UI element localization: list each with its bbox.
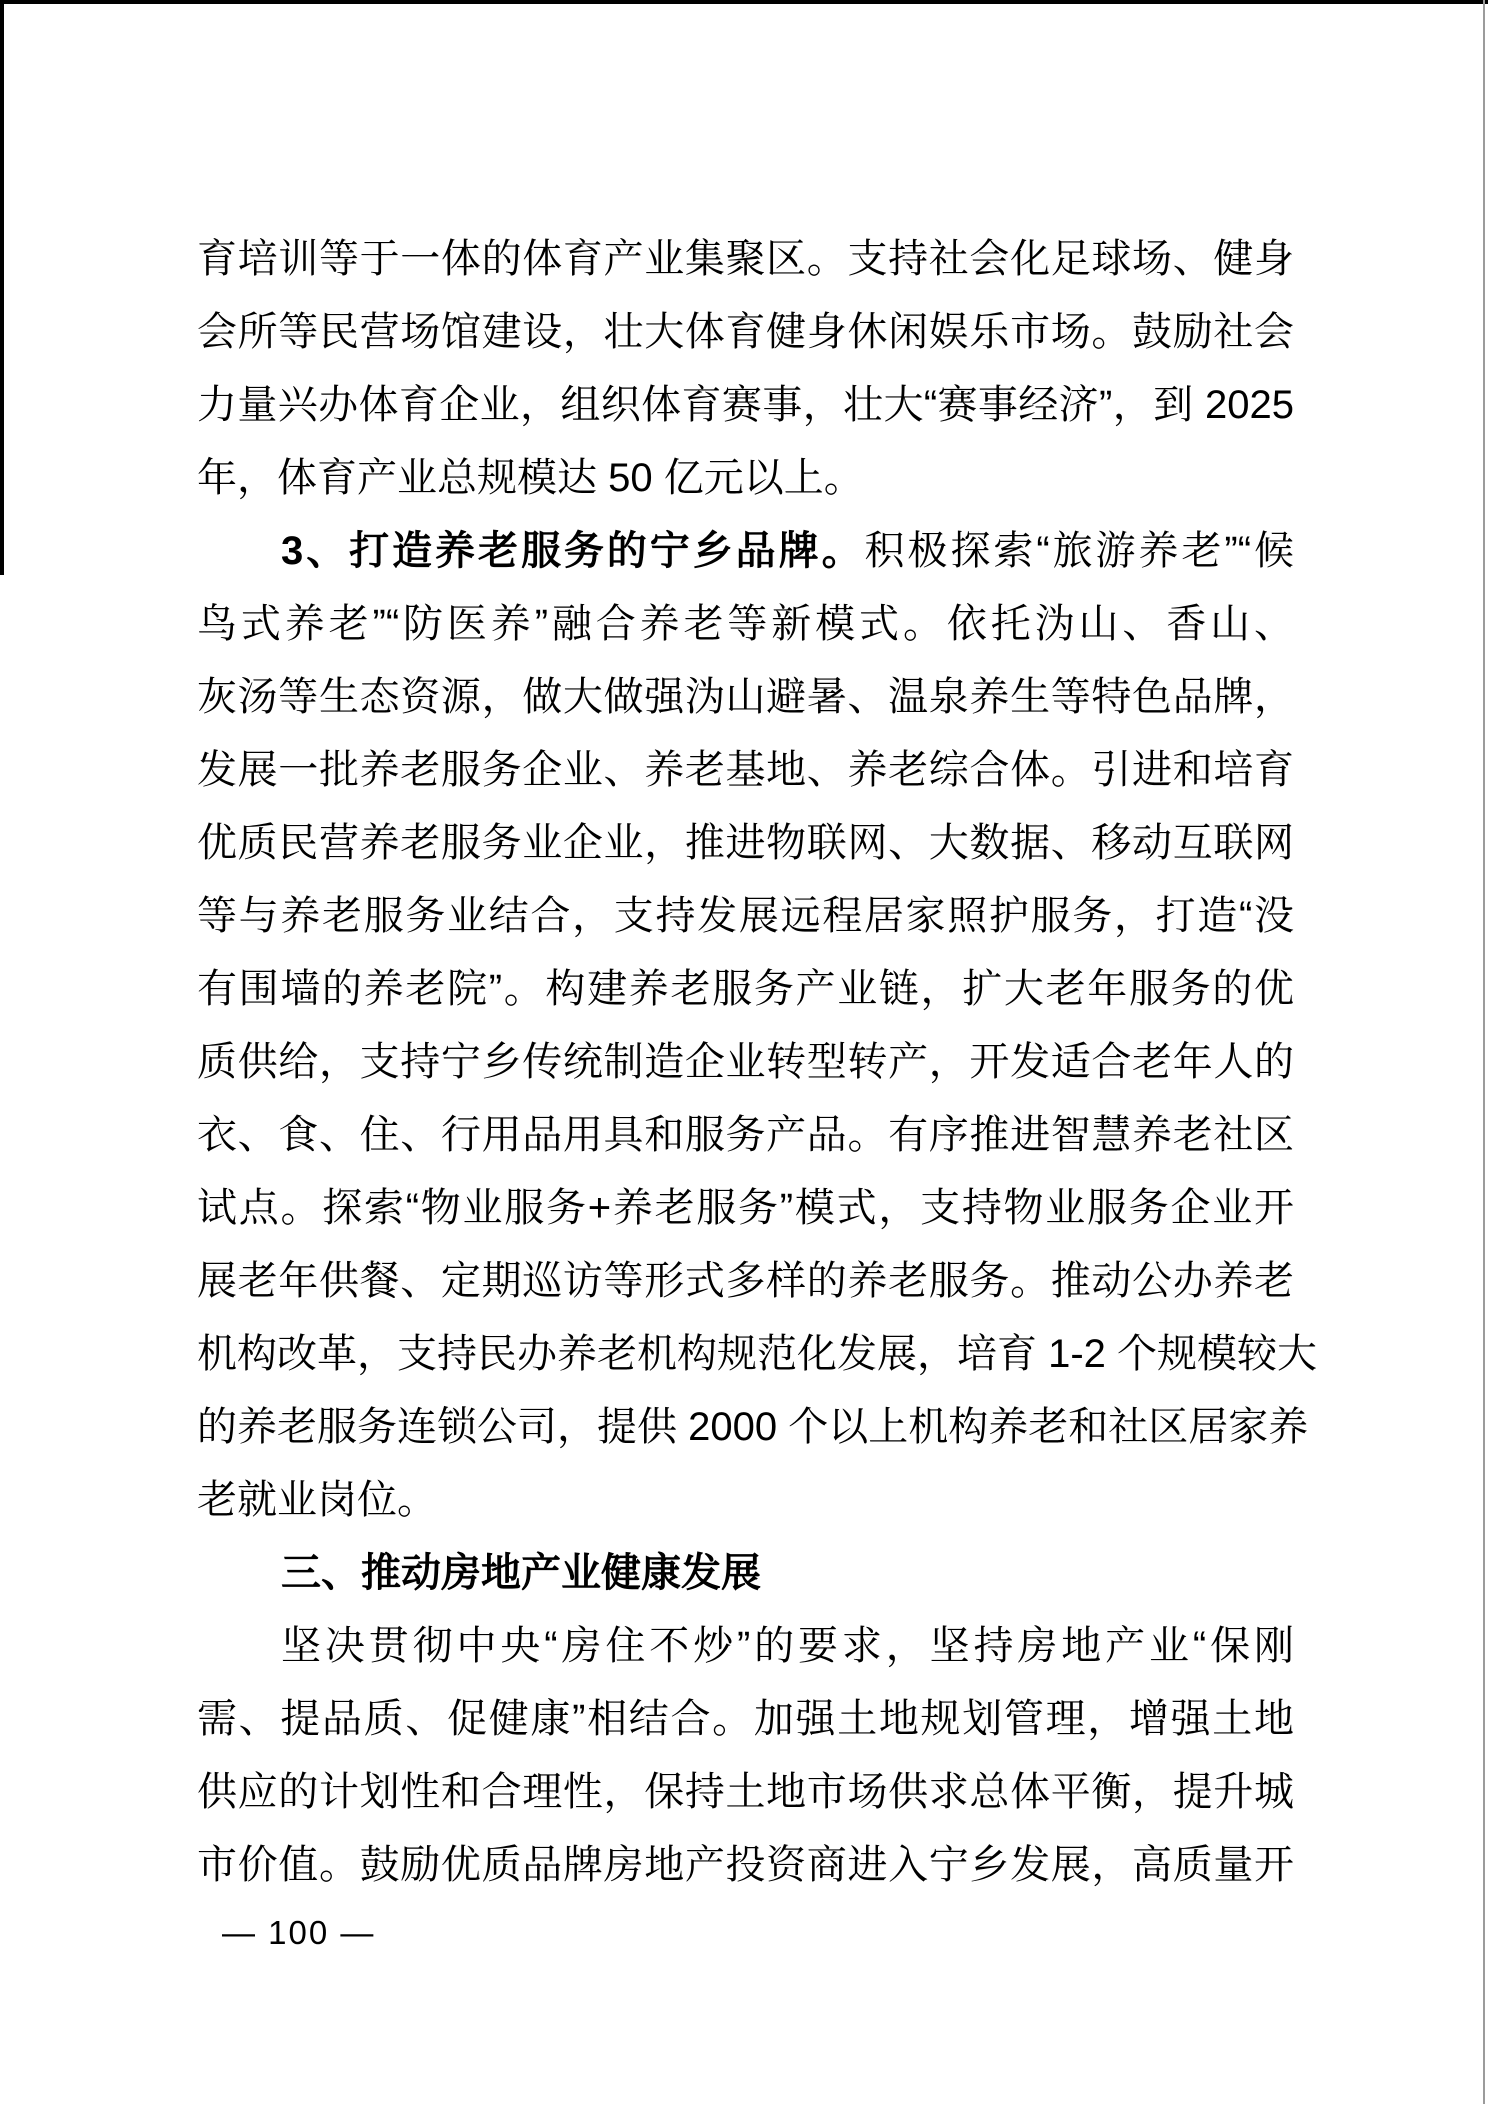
line-text: 灰汤等生态资源，做大做强沩山避暑、温泉养生等特色品牌， — [197, 675, 1294, 719]
text-line: 会所等民营场馆建设，壮大体育健身休闲娱乐市场。鼓励社会 — [197, 296, 1294, 369]
text-line: 有围墙的养老院”。构建养老服务产业链，扩大老年服务的优 — [197, 953, 1294, 1026]
text-line: 衣、食、住、行用品用具和服务产品。有序推进智慧养老社区 — [197, 1099, 1294, 1172]
line-text: 积极探索“旅游养老”“候 — [865, 529, 1294, 573]
line-text: 鸟式养老”“防医养”融合养老等新模式。依托沩山、香山、 — [197, 602, 1294, 646]
text-line: 年，体育产业总规模达 50 亿元以上。 — [197, 442, 1294, 515]
line-text: 市价值。鼓励优质品牌房地产投资商进入宁乡发展，高质量开 — [197, 1843, 1294, 1887]
line-text: 优质民营养老服务业企业，推进物联网、大数据、移动互联网 — [197, 821, 1294, 865]
text-line: 坚决贯彻中央“房住不炒”的要求，坚持房地产业“保刚 — [197, 1610, 1294, 1683]
line-text: 展老年供餐、定期巡访等形式多样的养老服务。推动公办养老 — [197, 1259, 1294, 1303]
text-line: 鸟式养老”“防医养”融合养老等新模式。依托沩山、香山、 — [197, 588, 1294, 661]
line-text: 会所等民营场馆建设，壮大体育健身休闲娱乐市场。鼓励社会 — [197, 310, 1294, 354]
line-text: 年，体育产业总规模达 50 亿元以上。 — [197, 456, 864, 500]
text-line: 力量兴办体育企业，组织体育赛事，壮大“赛事经济”，到 2025 — [197, 369, 1294, 442]
heading-line: 三、推动房地产业健康发展 — [197, 1537, 1294, 1610]
line-text: 育培训等于一体的体育产业集聚区。支持社会化足球场、健身 — [197, 237, 1294, 281]
line-text: 坚决贯彻中央“房住不炒”的要求，坚持房地产业“保刚 — [281, 1624, 1294, 1668]
line-text: 老就业岗位。 — [197, 1478, 437, 1522]
text-line: 质供给，支持宁乡传统制造企业转型转产，开发适合老年人的 — [197, 1026, 1294, 1099]
text-line: 3、打造养老服务的宁乡品牌。积极探索“旅游养老”“候 — [197, 515, 1294, 588]
line-text: 质供给，支持宁乡传统制造企业转型转产，开发适合老年人的 — [197, 1040, 1294, 1084]
line-text: 需、提品质、促健康”相结合。加强土地规划管理，增强土地 — [197, 1697, 1294, 1741]
text-line: 市价值。鼓励优质品牌房地产投资商进入宁乡发展，高质量开 — [197, 1829, 1294, 1902]
text-line: 等与养老服务业结合，支持发展远程居家照护服务，打造“没 — [197, 880, 1294, 953]
line-text: 的养老服务连锁公司，提供 2000 个以上机构养老和社区居家养 — [197, 1405, 1308, 1449]
line-text: 衣、食、住、行用品用具和服务产品。有序推进智慧养老社区 — [197, 1113, 1294, 1157]
text-line: 优质民营养老服务业企业，推进物联网、大数据、移动互联网 — [197, 807, 1294, 880]
text-line: 育培训等于一体的体育产业集聚区。支持社会化足球场、健身 — [197, 223, 1294, 296]
body-text: 育培训等于一体的体育产业集聚区。支持社会化足球场、健身 会所等民营场馆建设，壮大… — [197, 223, 1294, 1902]
line-text: 试点。探索“物业服务+养老服务”模式，支持物业服务企业开 — [197, 1186, 1294, 1230]
scan-edge-right — [1483, 0, 1485, 2104]
heading-text: 三、推动房地产业健康发展 — [281, 1551, 761, 1595]
text-line: 供应的计划性和合理性，保持土地市场供求总体平衡，提升城 — [197, 1756, 1294, 1829]
text-line: 机构改革，支持民办养老机构规范化发展，培育 1-2 个规模较大 — [197, 1318, 1294, 1391]
document-page: 育培训等于一体的体育产业集聚区。支持社会化足球场、健身 会所等民营场馆建设，壮大… — [0, 0, 1488, 2104]
text-line: 试点。探索“物业服务+养老服务”模式，支持物业服务企业开 — [197, 1172, 1294, 1245]
text-line: 需、提品质、促健康”相结合。加强土地规划管理，增强土地 — [197, 1683, 1294, 1756]
text-line: 灰汤等生态资源，做大做强沩山避暑、温泉养生等特色品牌， — [197, 661, 1294, 734]
scan-edge-top — [0, 0, 1488, 4]
text-line: 老就业岗位。 — [197, 1464, 1294, 1537]
line-text: 供应的计划性和合理性，保持土地市场供求总体平衡，提升城 — [197, 1770, 1294, 1814]
line-bold-text: 3、打造养老服务的宁乡品牌。 — [281, 529, 865, 573]
line-text: 力量兴办体育企业，组织体育赛事，壮大“赛事经济”，到 2025 — [197, 383, 1294, 427]
line-text: 机构改革，支持民办养老机构规范化发展，培育 1-2 个规模较大 — [197, 1332, 1317, 1376]
line-text: 有围墙的养老院”。构建养老服务产业链，扩大老年服务的优 — [197, 967, 1294, 1011]
line-text: 等与养老服务业结合，支持发展远程居家照护服务，打造“没 — [197, 894, 1294, 938]
text-line: 的养老服务连锁公司，提供 2000 个以上机构养老和社区居家养 — [197, 1391, 1294, 1464]
line-text: 发展一批养老服务企业、养老基地、养老综合体。引进和培育 — [197, 748, 1294, 792]
text-line: 发展一批养老服务企业、养老基地、养老综合体。引进和培育 — [197, 734, 1294, 807]
page-number: — 100 — — [222, 1908, 375, 1958]
text-line: 展老年供餐、定期巡访等形式多样的养老服务。推动公办养老 — [197, 1245, 1294, 1318]
scan-edge-left — [0, 0, 4, 575]
